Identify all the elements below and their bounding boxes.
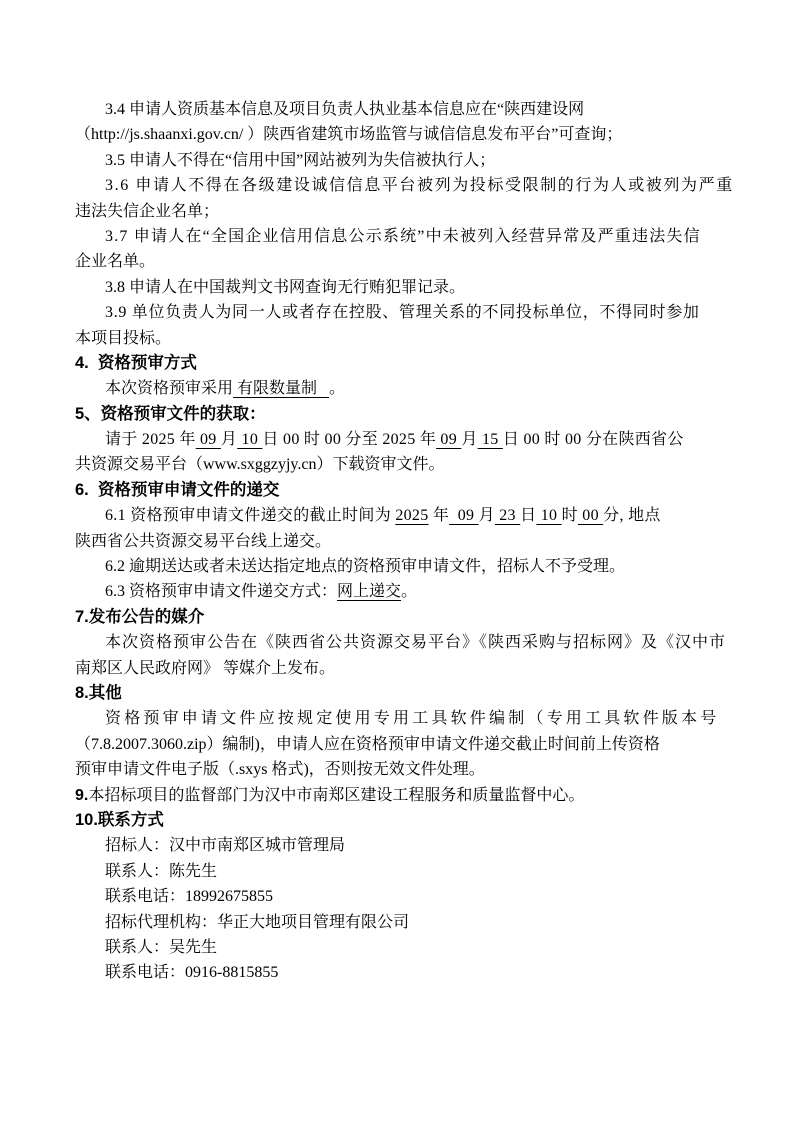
clause-3-4-line-2: （http://js.shaanxi.gov.cn/ ）陕西省建筑市场监管与诚信… bbox=[75, 122, 720, 147]
text-segment: 本项目投标。 bbox=[75, 330, 171, 347]
filled-blank-value: 2025 bbox=[395, 507, 428, 524]
text-segment: 时 bbox=[562, 507, 578, 524]
text-segment: 日 00 时 00 分在陕西省公 bbox=[503, 431, 684, 448]
section-7-body-line-2: 南郑区人民政府网》 等媒介上发布。 bbox=[75, 656, 720, 681]
text-segment: 联系电话：0916-8815855 bbox=[105, 964, 278, 981]
text-segment: 招标代理机构：华正大地项目管理有限公司 bbox=[105, 914, 409, 931]
text-segment: 南郑区人民政府网》 等媒介上发布。 bbox=[75, 660, 335, 677]
text-segment: 联系电话：18992675855 bbox=[105, 888, 273, 905]
text-segment: 资格预审申请文件应按规定使用专用工具软件编制（专用工具软件版本号 bbox=[105, 710, 719, 727]
filled-blank-value: 09 bbox=[436, 431, 461, 448]
text-segment: 陕西省公共资源交易平台线上递交。 bbox=[75, 533, 331, 550]
text-segment: 10.联系方式 bbox=[75, 811, 164, 829]
filled-blank-value: 10 bbox=[237, 431, 262, 448]
text-segment: 6.1 资格预审申请文件递交的截止时间为 bbox=[105, 507, 395, 524]
clause-3-7-line-2: 企业名单。 bbox=[75, 249, 720, 274]
text-segment: 3.9 单位负责人为同一人或者存在控股、管理关系的不同投标单位，不得同时参加 bbox=[105, 304, 700, 321]
text-segment: 8.其他 bbox=[75, 684, 122, 702]
document-content: 3.4 申请人资质基本信息及项目负责人执业基本信息应在“陕西建设网（http:/… bbox=[75, 97, 720, 986]
section-6-heading: 6. 资格预审申请文件的递交 bbox=[75, 478, 720, 503]
contact-phone-1: 联系电话：18992675855 bbox=[75, 884, 720, 909]
filled-blank-value: 有限数量制 bbox=[233, 380, 329, 397]
clause-3-7-line-1: 3.7 申请人在“全国企业信用信息公示系统”中未被列入经营异常及严重违法失信 bbox=[75, 224, 720, 249]
text-segment: 。 bbox=[401, 583, 417, 600]
clause-6-1-line-1: 6.1 资格预审申请文件递交的截止时间为 2025 年 09 月 23 日 10… bbox=[75, 503, 720, 528]
text-segment: （7.8.2007.3060.zip）编制)，申请人应在资格预审申请文件递交截止… bbox=[75, 736, 660, 753]
clause-3-9-line-1: 3.9 单位负责人为同一人或者存在控股、管理关系的不同投标单位，不得同时参加 bbox=[75, 300, 720, 325]
text-segment: 3.7 申请人在“全国企业信用信息公示系统”中未被列入经营异常及严重违法失信 bbox=[105, 228, 701, 245]
text-segment: 4. 资格预审方式 bbox=[75, 354, 197, 372]
section-5-body-line-2: 共资源交易平台（www.sxggzyjy.cn）下载资审文件。 bbox=[75, 452, 720, 477]
section-10-heading: 10.联系方式 bbox=[75, 808, 720, 833]
filled-blank-value: 15 bbox=[478, 431, 503, 448]
text-segment: 分, 地点 bbox=[603, 507, 661, 524]
section-5-body-line-1: 请于 2025 年 09 月 10 日 00 时 00 分至 2025 年 09… bbox=[75, 427, 720, 452]
clause-3-4-line-1: 3.4 申请人资质基本信息及项目负责人执业基本信息应在“陕西建设网 bbox=[75, 97, 720, 122]
filled-blank-value: 10 bbox=[536, 507, 561, 524]
text-segment: 本招标项目的监督部门为汉中市南郑区建设工程服务和质量监督中心。 bbox=[88, 787, 584, 804]
section-4-body: 本次资格预审采用 有限数量制 。 bbox=[75, 376, 720, 401]
section-7-heading: 7.发布公告的媒介 bbox=[75, 605, 720, 630]
text-segment: 请于 2025 年 bbox=[105, 431, 196, 448]
text-segment: 预审申请文件电子版（.sxys 格式)，否则按无效文件处理。 bbox=[75, 761, 485, 778]
section-7-body-line-1: 本次资格预审公告在《陕西省公共资源交易平台》《陕西采购与招标网》及《汉中市 bbox=[75, 630, 720, 655]
text-segment: 3.4 申请人资质基本信息及项目负责人执业基本信息应在“陕西建设网 bbox=[105, 101, 584, 118]
contact-person-2: 联系人：吴先生 bbox=[75, 935, 720, 960]
text-segment: 联系人：吴先生 bbox=[105, 939, 217, 956]
text-segment: 月 bbox=[461, 431, 477, 448]
text-segment: 3.5 申请人不得在“信用中国”网站被列为失信被执行人； bbox=[105, 152, 495, 169]
clause-3-6-line-1: 3.6 申请人不得在各级建设诚信信息平台被列为投标受限制的行为人或被列为严重 bbox=[75, 173, 720, 198]
clause-6-3: 6.3 资格预审申请文件递交方式：网上递交。 bbox=[75, 579, 720, 604]
text-segment: 日 00 时 00 分至 2025 年 bbox=[262, 431, 436, 448]
clause-3-8: 3.8 申请人在中国裁判文书网查询无行贿犯罪记录。 bbox=[75, 275, 720, 300]
text-segment: 9. bbox=[75, 787, 88, 804]
text-segment: 月 bbox=[479, 507, 495, 524]
text-segment: 招标人：汉中市南郑区城市管理局 bbox=[105, 837, 345, 854]
text-segment: 月 bbox=[221, 431, 237, 448]
text-segment: 联系人：陈先生 bbox=[105, 863, 217, 880]
document-page: 3.4 申请人资质基本信息及项目负责人执业基本信息应在“陕西建设网（http:/… bbox=[0, 0, 792, 1121]
clause-3-6-line-2: 违法失信企业名单； bbox=[75, 199, 720, 224]
filled-blank-value: 09 bbox=[449, 507, 479, 524]
text-segment: 。 bbox=[329, 380, 345, 397]
clause-6-2: 6.2 逾期送达或者未送达指定地点的资格预审申请文件，招标人不予受理。 bbox=[75, 554, 720, 579]
section-8-body-line-3: 预审申请文件电子版（.sxys 格式)，否则按无效文件处理。 bbox=[75, 757, 720, 782]
section-8-heading: 8.其他 bbox=[75, 681, 720, 706]
text-segment: 本次资格预审公告在《陕西省公共资源交易平台》《陕西采购与招标网》及《汉中市 bbox=[105, 634, 726, 651]
filled-blank-value: 23 bbox=[495, 507, 520, 524]
section-4-heading: 4. 资格预审方式 bbox=[75, 351, 720, 376]
section-5-heading: 5、资格预审文件的获取： bbox=[75, 402, 720, 427]
text-segment: 6.3 资格预审申请文件递交方式： bbox=[105, 583, 337, 600]
text-segment: 3.6 申请人不得在各级建设诚信信息平台被列为投标受限制的行为人或被列为严重 bbox=[105, 177, 734, 194]
text-segment: 日 bbox=[520, 507, 536, 524]
text-segment: 3.8 申请人在中国裁判文书网查询无行贿犯罪记录。 bbox=[105, 279, 465, 296]
clause-9: 9.本招标项目的监督部门为汉中市南郑区建设工程服务和质量监督中心。 bbox=[75, 783, 720, 808]
section-8-body-line-2: （7.8.2007.3060.zip）编制)，申请人应在资格预审申请文件递交截止… bbox=[75, 732, 720, 757]
text-segment: （http://js.shaanxi.gov.cn/ ）陕西省建筑市场监管与诚信… bbox=[75, 126, 622, 143]
text-segment: 企业名单。 bbox=[75, 253, 155, 270]
contact-phone-2: 联系电话：0916-8815855 bbox=[75, 960, 720, 985]
clause-3-5: 3.5 申请人不得在“信用中国”网站被列为失信被执行人； bbox=[75, 148, 720, 173]
filled-blank-value: 09 bbox=[196, 431, 221, 448]
contact-agency: 招标代理机构：华正大地项目管理有限公司 bbox=[75, 910, 720, 935]
contact-tenderer: 招标人：汉中市南郑区城市管理局 bbox=[75, 833, 720, 858]
text-segment: 共资源交易平台（www.sxggzyjy.cn）下载资审文件。 bbox=[75, 456, 444, 473]
text-segment: 7.发布公告的媒介 bbox=[75, 608, 204, 626]
filled-blank-value: 网上递交 bbox=[337, 583, 401, 600]
text-segment: 5、资格预审文件的获取： bbox=[75, 405, 266, 423]
clause-6-1-line-2: 陕西省公共资源交易平台线上递交。 bbox=[75, 529, 720, 554]
text-segment: 违法失信企业名单； bbox=[75, 203, 219, 220]
text-segment: 年 bbox=[429, 507, 450, 524]
section-8-body-line-1: 资格预审申请文件应按规定使用专用工具软件编制（专用工具软件版本号 bbox=[75, 706, 720, 731]
clause-3-9-line-2: 本项目投标。 bbox=[75, 326, 720, 351]
text-segment: 6.2 逾期送达或者未送达指定地点的资格预审申请文件，招标人不予受理。 bbox=[105, 558, 625, 575]
text-segment: 本次资格预审采用 bbox=[105, 380, 233, 397]
text-segment: 6. 资格预审申请文件的递交 bbox=[75, 481, 279, 499]
contact-person-1: 联系人：陈先生 bbox=[75, 859, 720, 884]
filled-blank-value: 00 bbox=[578, 507, 603, 524]
